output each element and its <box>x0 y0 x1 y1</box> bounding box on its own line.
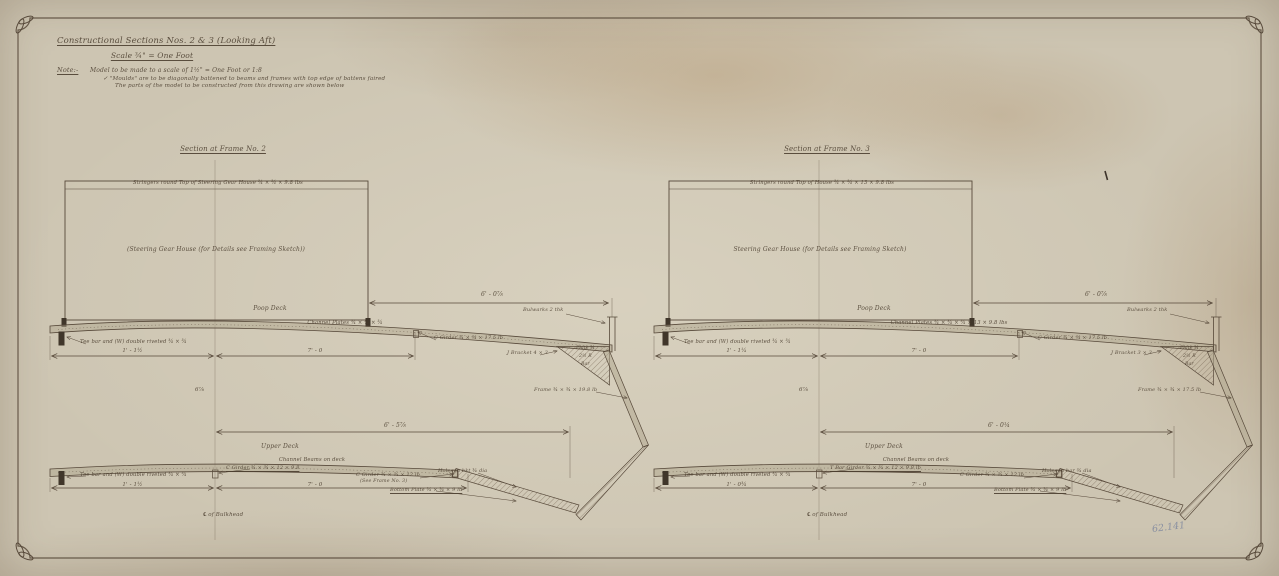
sheet-scale: Scale ¾" = One Foot <box>57 52 247 60</box>
note-line-3: The parts of the model to be constructed… <box>115 83 344 89</box>
note-line-1: Model to be made to a scale of 1½" = One… <box>90 68 262 75</box>
drawing-sheet: Constructional Sections Nos. 2 & 3 (Look… <box>0 0 1279 576</box>
section-frame-3-linework <box>654 160 1253 540</box>
note-label: Note:- <box>57 67 78 74</box>
note-line-2: ✓ "Moulds" are to be diagonally battened… <box>103 76 385 82</box>
sheet-title: Constructional Sections Nos. 2 & 3 (Look… <box>57 37 275 47</box>
ink-mark <box>1105 171 1108 180</box>
section-frame-2-linework <box>50 160 649 540</box>
